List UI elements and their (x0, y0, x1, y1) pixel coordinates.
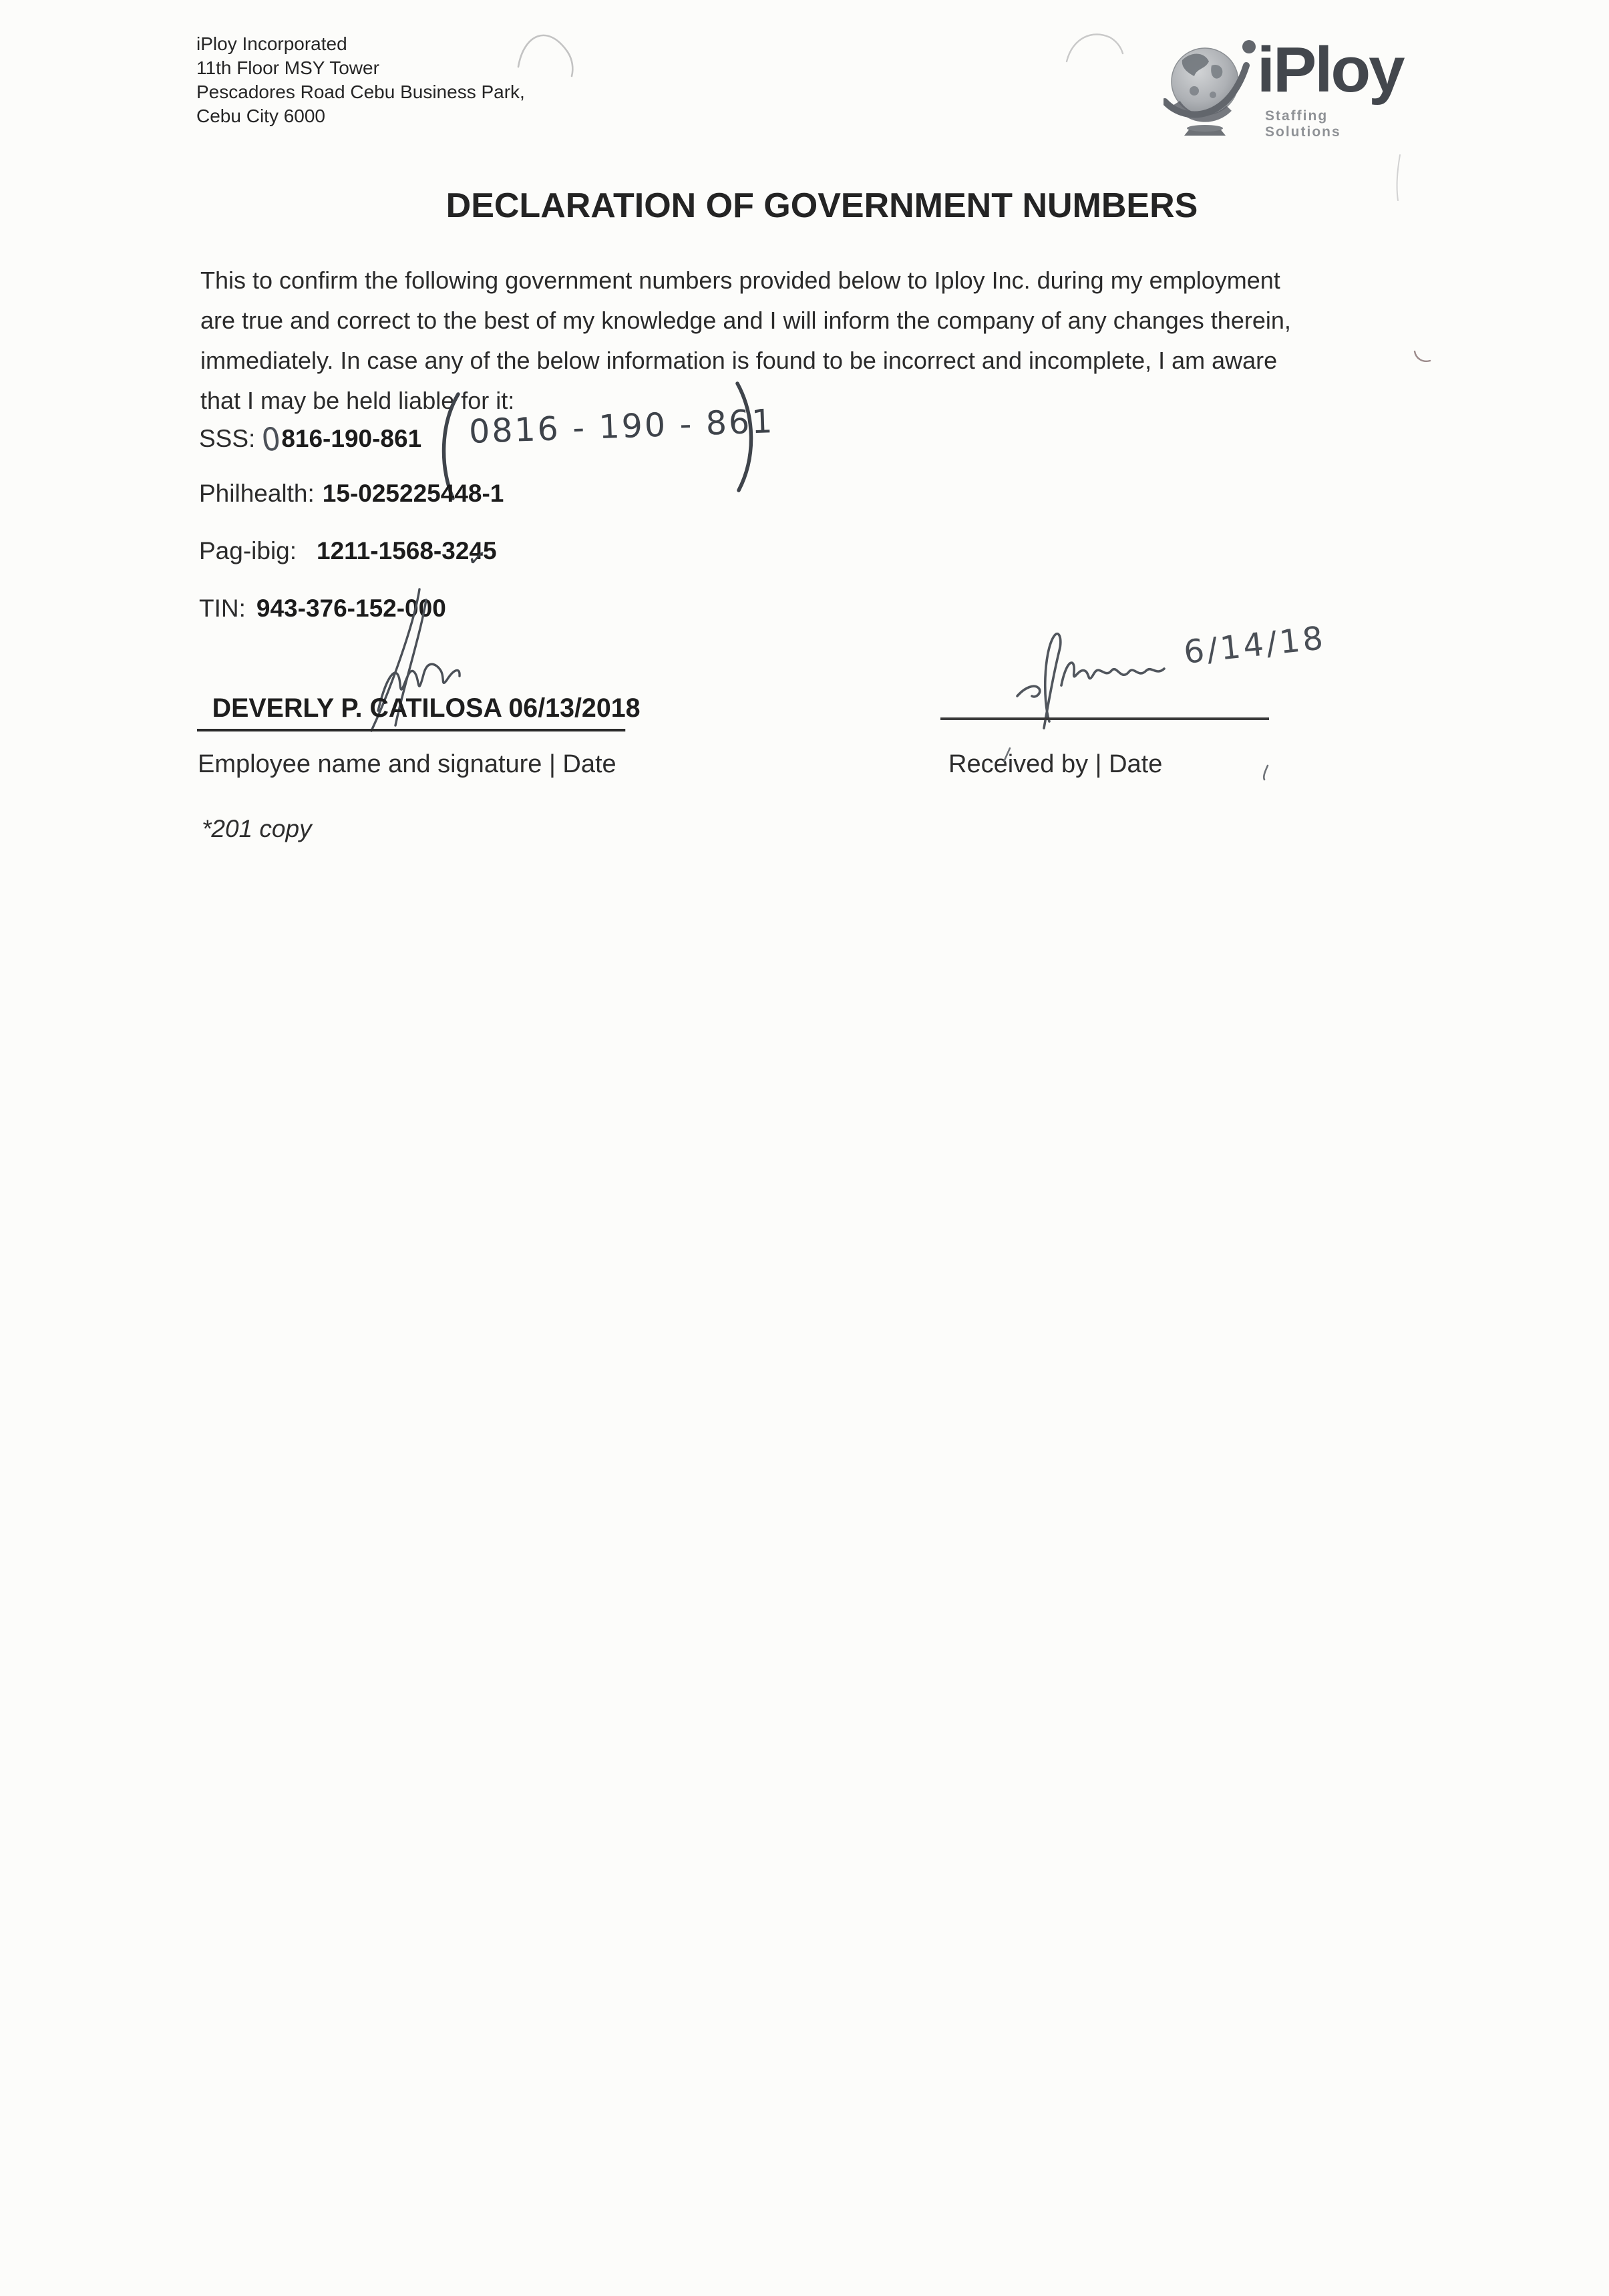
address-line: 11th Floor MSY Tower (196, 56, 525, 80)
tin-label: TIN: (199, 595, 246, 622)
pagibig-label: Pag-ibig: (199, 537, 297, 564)
address-line: Cebu City 6000 (196, 104, 525, 128)
employee-name-date: DEVERLY P. CATILOSA 06/13/2018 (197, 693, 625, 731)
company-logo: iPloy Staffing Solutions (1164, 29, 1404, 143)
paragraph-line: This to confirm the following government… (200, 261, 1291, 301)
philhealth-field: Philhealth:15-025225448-1 (199, 480, 504, 508)
logo-wordmark: iPloy (1257, 33, 1403, 107)
logo-tagline: Staffing Solutions (1265, 108, 1404, 140)
document-page: iPloy Incorporated 11th Floor MSY Tower … (0, 0, 1609, 2296)
philhealth-number: 15-025225448-1 (323, 480, 504, 507)
employee-caption: Employee name and signature | Date (198, 750, 616, 779)
received-caption: Received by | Date (948, 750, 1162, 779)
address-line: Pescadores Road Cebu Business Park, (196, 80, 525, 104)
document-title: DECLARATION OF GOVERNMENT NUMBERS (446, 186, 1198, 226)
sss-label: SSS: (199, 425, 255, 452)
pagibig-field: Pag-ibig:1211-1568-3245 (199, 537, 497, 565)
sss-field: SSS:0816-190-861 (199, 423, 421, 457)
sss-number: 816-190-861 (281, 425, 421, 452)
handwritten-zero: 0 (260, 420, 283, 459)
company-address: iPloy Incorporated 11th Floor MSY Tower … (196, 32, 525, 128)
received-signature-line (940, 717, 1269, 720)
paragraph-line: immediately. In case any of the below in… (200, 341, 1291, 381)
footnote-201-copy: *201 copy (202, 815, 312, 843)
handwritten-check-mark: ✓ (466, 544, 488, 573)
philhealth-label: Philhealth: (199, 480, 315, 507)
globe-swoosh-icon (1164, 33, 1257, 139)
company-name: iPloy Incorporated (196, 32, 525, 56)
paragraph-line: are true and correct to the best of my k… (200, 301, 1291, 341)
handwritten-parenthesis-close (731, 381, 761, 493)
